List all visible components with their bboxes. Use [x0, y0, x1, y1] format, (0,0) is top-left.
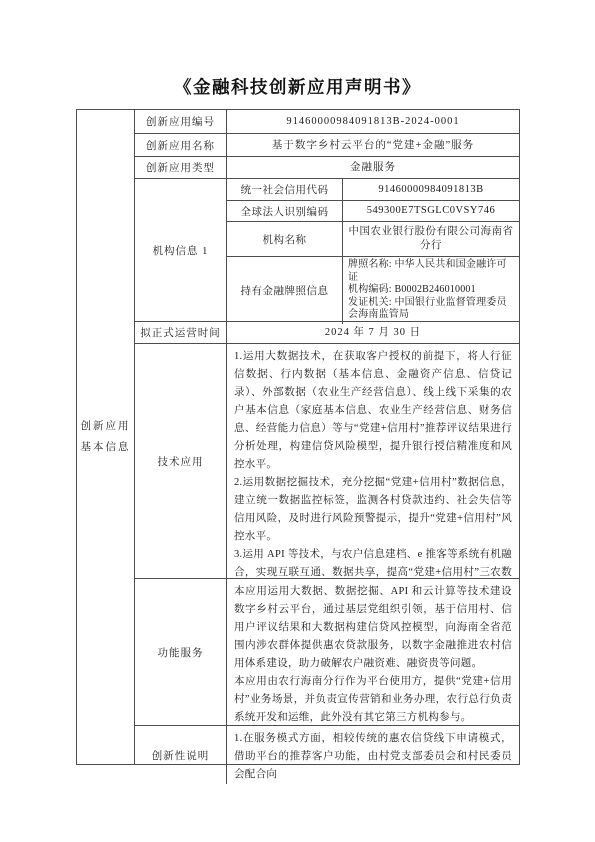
credit-code-value: 91460000984091813B	[343, 179, 519, 200]
app-name-value: 基于数字乡村云平台的“党建+金融”服务	[227, 134, 519, 156]
group-label-line2: 基本信息	[81, 437, 131, 458]
function-service-label: 功能服务	[135, 579, 227, 725]
row-app-number: 创新应用编号 91460000984091813B-2024-0001	[135, 110, 519, 134]
license-name-line: 牌照名称: 中华人民共和国金融许可证	[348, 259, 514, 284]
lei-code-label: 全球法人识别编码	[227, 201, 343, 221]
document-page: 《金融科技创新应用声明书》 创新应用 基本信息 创新应用编号 914600009…	[0, 0, 595, 842]
app-type-value: 金融服务	[227, 157, 519, 178]
row-group-label: 创新应用 基本信息	[77, 110, 135, 764]
row-org-info: 机构信息 1 统一社会信用代码 91460000984091813B 全球法人识…	[135, 179, 519, 322]
subrow-lei-code: 全球法人识别编码 549300E7TSGLC0VSY746	[227, 201, 519, 222]
group-label-line1: 创新应用	[81, 416, 131, 437]
app-type-label: 创新应用类型	[135, 157, 227, 178]
declaration-table: 创新应用 基本信息 创新应用编号 91460000984091813B-2024…	[76, 109, 520, 765]
function-paragraph-1: 本应用运用大数据、数据挖掘、API 和云计算等技术建设数字乡村云平台，通过基层党…	[234, 583, 512, 673]
app-number-label: 创新应用编号	[135, 110, 227, 133]
innovation-paragraph-1: 1.在服务模式方面，相较传统的惠农信贷线下申请模式，借助平台的推荐客户功能，由村…	[234, 730, 512, 784]
tech-paragraph-3: 3.运用 API 等技术，与农户信息建档、e 推客等系统有机融合，实现互联互通、…	[234, 546, 512, 578]
row-innovation-note: 创新性说明 1.在服务模式方面，相较传统的惠农信贷线下申请模式，借助平台的推荐客…	[135, 726, 519, 784]
license-info-value: 牌照名称: 中华人民共和国金融许可证 机构编码: B0002B246010001…	[343, 257, 519, 324]
app-number-value: 91460000984091813B-2024-0001	[227, 110, 519, 133]
license-org-code-line: 机构编码: B0002B246010001	[348, 284, 514, 297]
table-body: 创新应用编号 91460000984091813B-2024-0001 创新应用…	[135, 110, 519, 764]
license-issuer-line: 发证机关: 中国银行业监督管理委员会海南监管局	[348, 297, 514, 322]
license-info-label: 持有金融牌照信息	[227, 257, 343, 324]
row-tech-application: 技术应用 1.运用大数据技术，在获取客户授权的前提下，将人行征信数据、行内数据（…	[135, 344, 519, 579]
function-paragraph-2: 本应用由农行海南分行作为平台使用方，提供“党建+信用村”业务场景，并负责宣传营销…	[234, 673, 512, 725]
app-name-label: 创新应用名称	[135, 134, 227, 156]
lei-code-value: 549300E7TSGLC0VSY746	[343, 201, 519, 221]
function-service-text: 本应用运用大数据、数据挖掘、API 和云计算等技术建设数字乡村云平台，通过基层党…	[227, 579, 519, 725]
row-app-name: 创新应用名称 基于数字乡村云平台的“党建+金融”服务	[135, 134, 519, 157]
subrow-license-info: 持有金融牌照信息 牌照名称: 中华人民共和国金融许可证 机构编码: B0002B…	[227, 257, 519, 324]
row-launch-date: 拟正式运营时间 2024 年 7 月 30 日	[135, 322, 519, 344]
row-app-type: 创新应用类型 金融服务	[135, 157, 519, 179]
org-info-subtable: 统一社会信用代码 91460000984091813B 全球法人识别编码 549…	[227, 179, 519, 321]
credit-code-label: 统一社会信用代码	[227, 179, 343, 200]
launch-date-value: 2024 年 7 月 30 日	[227, 322, 519, 343]
launch-date-label: 拟正式运营时间	[135, 322, 227, 343]
doc-title: 《金融科技创新应用声明书》	[0, 74, 595, 99]
subrow-org-name: 机构名称 中国农业银行股份有限公司海南省分行	[227, 222, 519, 257]
row-function-service: 功能服务 本应用运用大数据、数据挖掘、API 和云计算等技术建设数字乡村云平台，…	[135, 579, 519, 726]
org-info-label: 机构信息 1	[135, 179, 227, 321]
tech-application-text: 1.运用大数据技术，在获取客户授权的前提下，将人行征信数据、行内数据（基本信息、…	[227, 344, 519, 578]
innovation-note-label: 创新性说明	[135, 726, 227, 784]
subrow-credit-code: 统一社会信用代码 91460000984091813B	[227, 179, 519, 201]
org-name-value: 中国农业银行股份有限公司海南省分行	[343, 222, 519, 256]
innovation-note-text: 1.在服务模式方面，相较传统的惠农信贷线下申请模式，借助平台的推荐客户功能，由村…	[227, 726, 519, 784]
tech-paragraph-2: 2.运用数据挖掘技术，充分挖掘“党建+信用村”数据信息，建立统一数据监控标签，监…	[234, 474, 512, 546]
tech-application-label: 技术应用	[135, 344, 227, 578]
org-name-label: 机构名称	[227, 222, 343, 256]
tech-paragraph-1: 1.运用大数据技术，在获取客户授权的前提下，将人行征信数据、行内数据（基本信息、…	[234, 348, 512, 474]
